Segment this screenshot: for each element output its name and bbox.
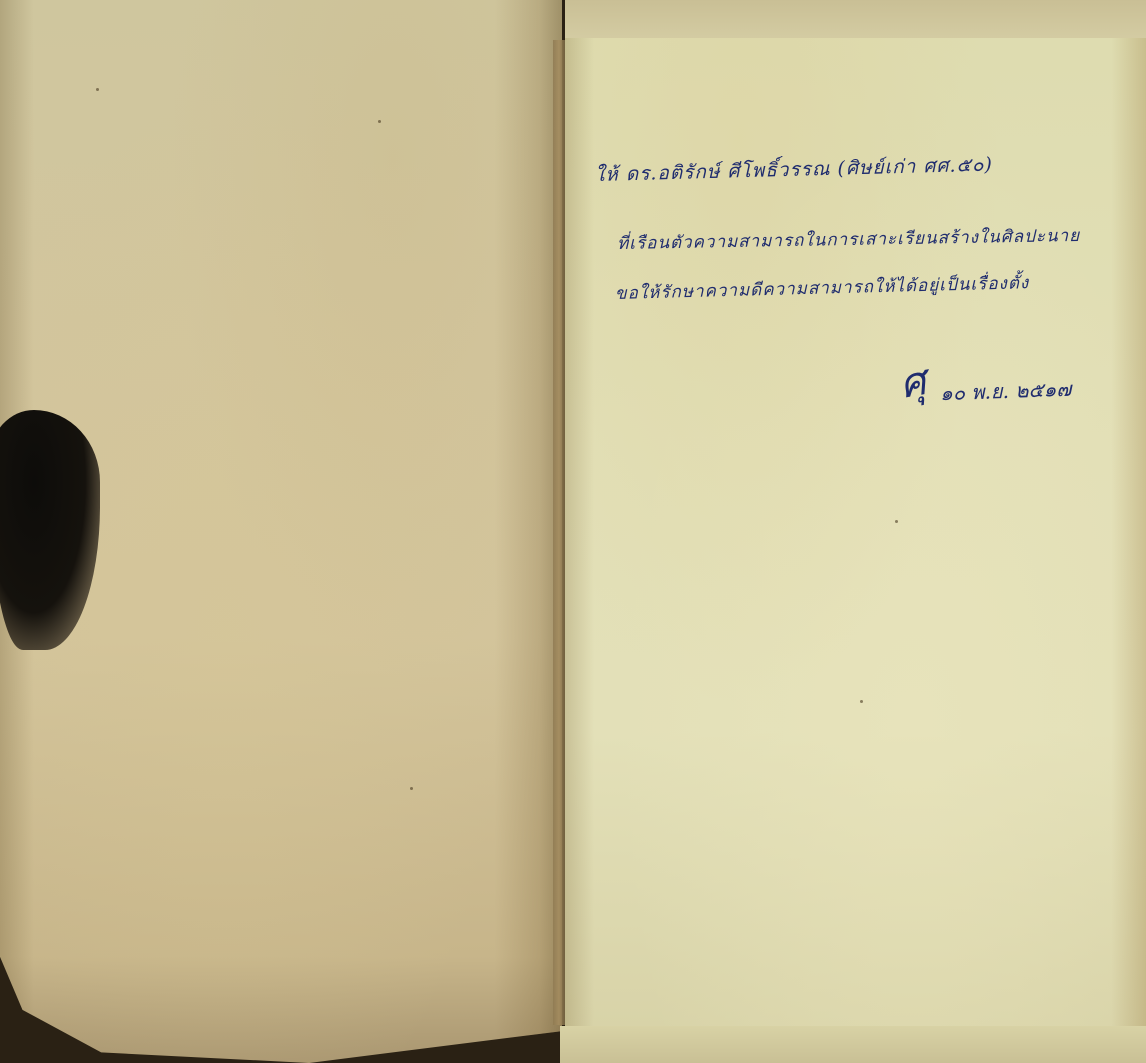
paper-speck [96, 88, 99, 91]
bottom-edge [560, 1026, 1146, 1063]
book-gutter [553, 40, 565, 1025]
inscription-date: ๑๐ พ.ย. ๒๕๑๗ [939, 373, 1071, 410]
book-photo: ให้ ดร.อติรักษ์ ศีโพธิ์วรรณ (ศิษย์เก่า ศ… [0, 0, 1146, 1063]
paper-speck [378, 120, 381, 123]
top-edge [565, 0, 1146, 40]
paper-speck [860, 700, 863, 703]
paper-speck [410, 787, 413, 790]
paper-speck [895, 520, 898, 523]
